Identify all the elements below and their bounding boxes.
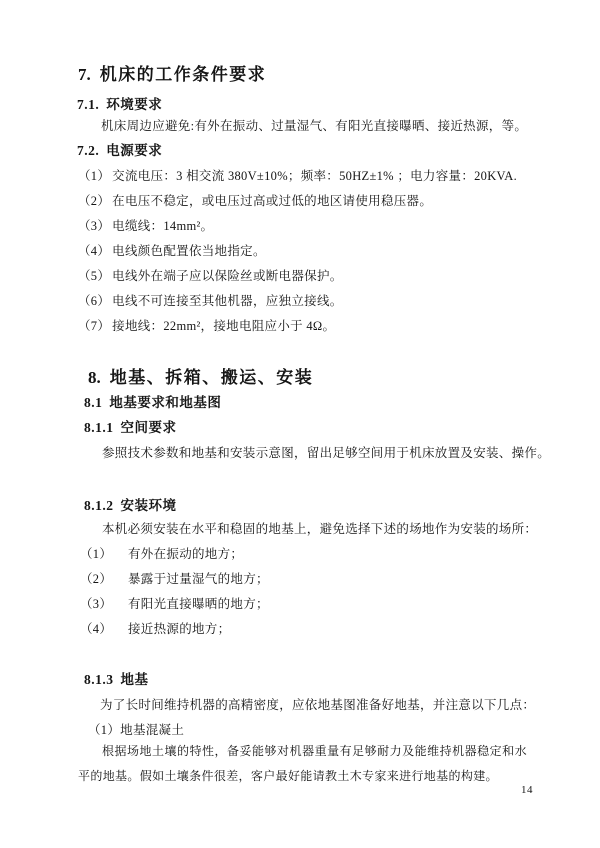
list-item: （5） 电线外在端子应以保险丝或断电器保护。 [78, 262, 517, 287]
section-8-1-1-body: 参照技术参数和地基和安装示意图，留出足够空间用于机床放置及安装、操作。 [102, 443, 550, 461]
section-8-1-2-heading: 8.1.2安装环境 [84, 494, 177, 514]
list-item: （4） 接近热源的地方； [80, 615, 269, 640]
section-8-1-3-number: 8.1.3 [84, 672, 114, 687]
power-requirements-list: （1） 交流电压：3 相交流 380V±10%；频率：50HZ±1% ；电力容量… [78, 162, 517, 337]
section-7-number: 7. [78, 65, 91, 84]
list-item: （7） 接地线：22mm²，接地电阻应小于 4Ω。 [78, 312, 517, 337]
section-7-heading: 7.机床的工作条件要求 [78, 60, 266, 85]
section-8-1-3-heading: 8.1.3地基 [84, 668, 149, 688]
list-item-marker: （1） [80, 544, 128, 562]
list-item-text: 接近热源的地方； [128, 619, 230, 637]
section-7-1-title: 环境要求 [106, 97, 162, 112]
list-item: （3） 有阳光直接曝晒的地方； [80, 590, 269, 615]
list-item: （6） 电线不可连接至其他机器，应独立接线。 [78, 287, 517, 312]
list-item-text: 电线颜色配置依当地指定。 [112, 241, 266, 259]
list-item-text: 接地线：22mm²，接地电阻应小于 4Ω。 [112, 316, 335, 334]
section-8-heading: 8.地基、拆箱、搬运、安装 [88, 363, 313, 388]
section-8-1-3-title: 地基 [121, 672, 149, 687]
list-item-marker: （1） [78, 166, 110, 184]
list-item-text: 交流电压：3 相交流 380V±10%；频率：50HZ±1% ；电力容量：20K… [112, 166, 517, 184]
section-8-1-2-title: 安装环境 [121, 498, 177, 513]
section-7-2-heading: 7.2.电源要求 [77, 139, 162, 159]
page-number: 14 [521, 784, 533, 796]
list-item: （1） 有外在振动的地方； [80, 540, 269, 565]
section-8-1-2-intro: 本机必须安装在水平和稳固的地基上，避免选择下述的场地作为安装的场所： [102, 519, 537, 537]
section-8-number: 8. [88, 368, 101, 387]
list-item-text: 有阳光直接曝晒的地方； [128, 594, 269, 612]
list-item-text: 电缆线：14mm²。 [112, 216, 213, 234]
section-8-1-1-number: 8.1.1 [84, 420, 114, 435]
list-item-text: 电线外在端子应以保险丝或断电器保护。 [112, 266, 342, 284]
section-7-1-body: 机床周边应避免:有外在振动、过量湿气、有阳光直接曝晒、接近热源，等。 [101, 116, 527, 134]
list-item-marker: （7） [78, 316, 110, 334]
list-item-text: 在电压不稳定，或电压过高或过低的地区请使用稳压器。 [112, 191, 432, 209]
section-8-1-1-title: 空间要求 [121, 420, 177, 435]
list-item-text: 暴露于过量湿气的地方； [128, 569, 269, 587]
list-item: （1） 交流电压：3 相交流 380V±10%；频率：50HZ±1% ；电力容量… [78, 162, 517, 187]
subitem-title: 地基混凝土 [120, 723, 184, 737]
installation-site-list: （1） 有外在振动的地方； （2） 暴露于过量湿气的地方； （3） 有阳光直接曝… [80, 540, 269, 640]
list-item-marker: （2） [80, 569, 128, 587]
list-item-marker: （6） [78, 291, 110, 309]
list-item-marker: （3） [80, 594, 128, 612]
section-7-title: 机床的工作条件要求 [100, 65, 267, 84]
section-8-1-3-intro: 为了长时间维持机器的高精密度，应依地基图准备好地基，并注意以下几点： [100, 695, 535, 713]
section-8-1-title: 地基要求和地基图 [109, 395, 221, 410]
section-8-1-heading: 8.1地基要求和地基图 [84, 391, 221, 411]
list-item-marker: （4） [80, 619, 128, 637]
list-item: （2） 在电压不稳定，或电压过高或过低的地区请使用稳压器。 [78, 187, 517, 212]
manual-page: 7.机床的工作条件要求 7.1.环境要求 机床周边应避免:有外在振动、过量湿气、… [0, 0, 600, 848]
list-item-marker: （4） [78, 241, 110, 259]
list-item-marker: （3） [78, 216, 110, 234]
section-8-title: 地基、拆箱、搬运、安装 [110, 368, 314, 387]
list-item: （2） 暴露于过量湿气的地方； [80, 565, 269, 590]
list-item-text: 电线不可连接至其他机器，应独立接线。 [112, 291, 342, 309]
section-8-1-3-subitem: （1）地基混凝土 [88, 720, 184, 738]
section-7-1-heading: 7.1.环境要求 [77, 93, 162, 113]
list-item-marker: （5） [78, 266, 110, 284]
section-8-1-1-heading: 8.1.1空间要求 [84, 416, 177, 436]
list-item-text: 有外在振动的地方； [128, 544, 243, 562]
section-8-1-number: 8.1 [84, 395, 102, 410]
list-item-marker: （2） [78, 191, 110, 209]
subitem-marker: （1） [88, 723, 120, 737]
list-item: （4） 电线颜色配置依当地指定。 [78, 237, 517, 262]
list-item: （3） 电缆线：14mm²。 [78, 212, 517, 237]
section-7-2-number: 7.2. [77, 143, 99, 158]
section-7-1-number: 7.1. [77, 97, 99, 112]
section-8-1-3-body: 根据场地土壤的特性，备妥能够对机器重量有足够耐力及能维持机器稳定和水平的地基。假… [78, 739, 527, 789]
section-8-1-2-number: 8.1.2 [84, 498, 114, 513]
section-7-2-title: 电源要求 [106, 143, 162, 158]
